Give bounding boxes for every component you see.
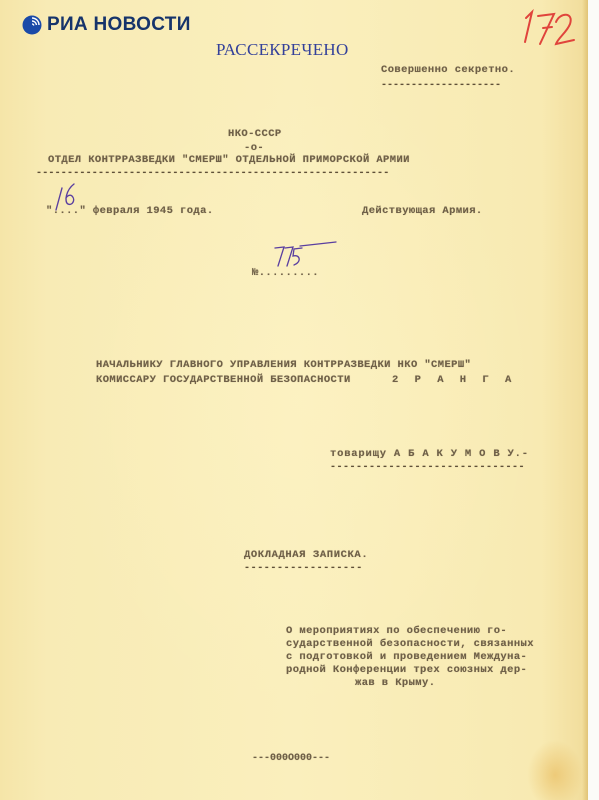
globe-icon — [22, 15, 42, 35]
addressee-rank: 2 Р А Н Г А — [392, 374, 516, 386]
addressee-name: товарищу А Б А К У М О В У.- — [330, 448, 529, 460]
title-underline: ------------------ — [244, 563, 363, 574]
declassified-stamp: РАССЕКРЕЧЕНО — [216, 40, 349, 60]
addressee-line-1: НАЧАЛЬНИКУ ГЛАВНОГО УПРАВЛЕНИЯ КОНТРРАЗВ… — [96, 359, 471, 371]
header-rule: ----------------------------------------… — [36, 168, 389, 179]
document-title: ДОКЛАДНАЯ ЗАПИСКА. — [244, 549, 368, 561]
header-nko: НКО-СССР — [228, 128, 282, 140]
ria-novosti-logo: РИА НОВОСТИ — [22, 14, 191, 36]
handwritten-page-number — [516, 4, 580, 48]
date-line: "...." февраля 1945 года. — [46, 205, 214, 217]
subject-line-5: жав в Крыму. — [355, 677, 435, 689]
document-page: РИА НОВОСТИ РАССЕКРЕЧЕНО Совершенно секр… — [0, 0, 588, 800]
brand-name: РИА НОВОСТИ — [47, 14, 191, 36]
subject-line-2: сударственной безопасности, связанных — [286, 638, 534, 650]
classification-underline: -------------------- — [381, 80, 501, 91]
addressee-underline: ------------------------------ — [330, 462, 525, 473]
header-department: ОТДЕЛ КОНТРРАЗВЕДКИ "СМЕРШ" ОТДЕЛЬНОЙ ПР… — [48, 154, 410, 166]
classification: Совершенно секретно. — [381, 64, 515, 76]
addressee-line-2: КОМИССАРУ ГОСУДАРСТВЕННОЙ БЕЗОПАСНОСТИ — [96, 374, 351, 386]
subject-line-4: родной Конференции трех союзных дер- — [286, 664, 527, 676]
document-number: №......... — [252, 267, 319, 279]
subject-line-1: О мероприятиях по обеспечению го- — [286, 625, 507, 637]
subject-line-3: с подготовкой и проведением Междуна- — [286, 651, 527, 663]
handwritten-number — [272, 240, 338, 270]
closing-mark: ---000О000--- — [252, 753, 330, 764]
location: Действующая Армия. — [362, 205, 483, 217]
header-separator: -о- — [244, 142, 264, 154]
